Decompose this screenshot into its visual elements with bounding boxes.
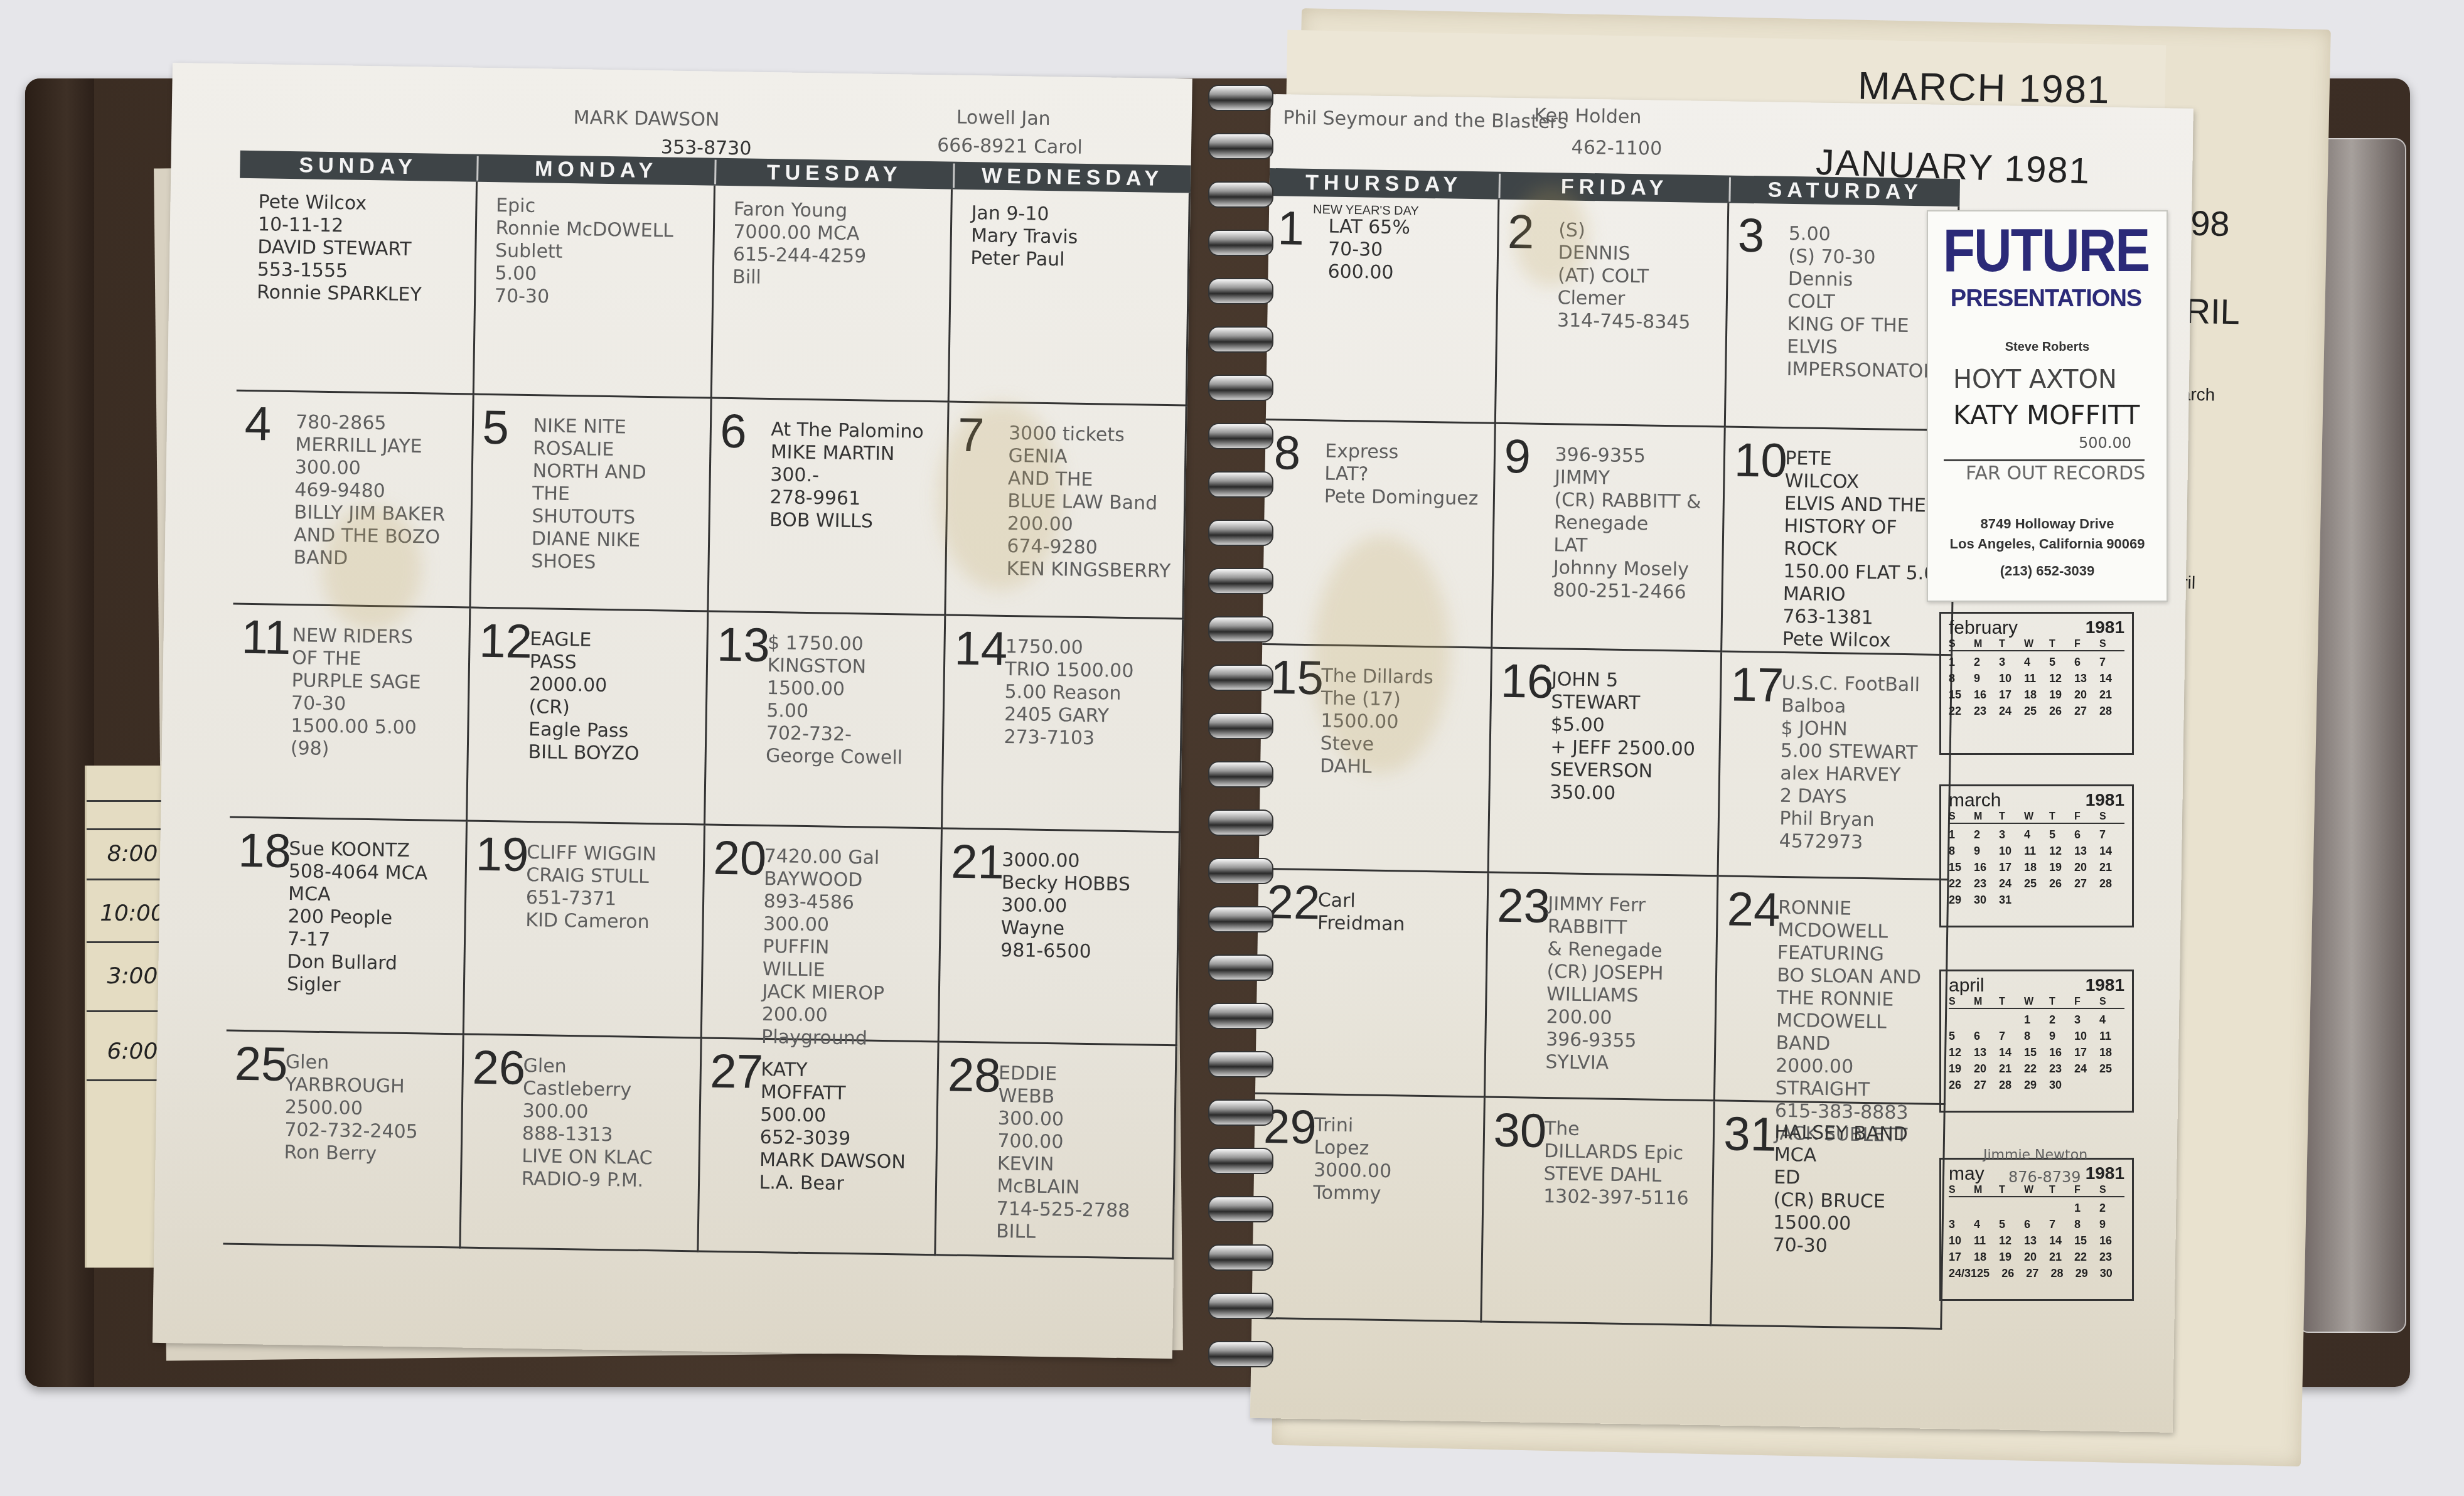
mini-date: 30 (2100, 1265, 2124, 1281)
mini-date: 26 (2049, 703, 2074, 719)
mini-date: 20 (1974, 1061, 1999, 1077)
spiral-binding (1208, 60, 1271, 1390)
margin-note: MARK DAWSON (573, 107, 719, 132)
day-number: 11 (241, 610, 291, 665)
day-number: 16 (1500, 654, 1554, 709)
day-number: 26 (472, 1040, 526, 1096)
mini-year: 1981 (2086, 790, 2124, 811)
mini-date: 23 (2049, 1061, 2074, 1077)
mini-date: 11 (2099, 1028, 2124, 1044)
mini-date: 20 (2074, 687, 2099, 703)
mini-date: 8 (1949, 670, 1974, 687)
day-number: 13 (716, 617, 770, 673)
day-number: 17 (1730, 658, 1784, 713)
mini-date: 26 (2049, 875, 2074, 892)
calendar-day-cell: 24RONNIE MCDOWELL FEATURING BO SLOAN AND… (1715, 877, 1949, 1105)
day-header-tuesday: TUESDAY (716, 159, 955, 188)
mini-dow: S (2099, 996, 2124, 1008)
mini-dow: F (2074, 811, 2099, 823)
calendar-day-cell: 12EAGLE PASS 2000.00 (CR) Eagle Pass BIL… (468, 609, 709, 826)
day-number: 23 (1497, 879, 1551, 934)
mini-date: 6 (2024, 1216, 2049, 1232)
day-header-thursday: THURSDAY (1269, 169, 1500, 198)
mini-date: 16 (2049, 1044, 2074, 1061)
mini-dow: S (1949, 1185, 1974, 1196)
mini-date: 25 (2099, 1061, 2124, 1077)
mini-dow: W (2024, 811, 2049, 823)
day-number: 24 (1727, 882, 1781, 938)
calendar-day-cell: 9396-9355 JIMMY (CR) RABBITT & Renegade … (1492, 424, 1726, 653)
mini-date: 30 (2049, 1077, 2074, 1093)
calendar-day-cell: 5NIKE NITE ROSALIE NORTH AND THE SHUTOUT… (471, 395, 712, 612)
mini-date: 4 (2024, 654, 2049, 670)
mini-calendar-march: march1981SMTWTFS123456789101112131415161… (1939, 784, 2134, 927)
handwritten-note: Sue KOONTZ 508-4064 MCA MCA 200 People 7… (287, 838, 428, 998)
mini-date: 10 (1999, 843, 2024, 859)
mini-dow: W (2024, 639, 2049, 650)
mini-date: 12 (1949, 1044, 1974, 1061)
mini-note: Jimmie Newton (1983, 1147, 2087, 1163)
mini-date: 5 (1999, 1216, 2024, 1232)
spiral-ring (1208, 1003, 1273, 1029)
spiral-ring (1208, 761, 1273, 788)
day-number: 19 (475, 827, 529, 882)
spiral-ring (1208, 1196, 1273, 1222)
mini-date: 10 (1999, 670, 2024, 687)
mini-date: 29 (1949, 892, 1974, 908)
mini-date: 15 (1949, 859, 1974, 875)
mini-month: february (1949, 617, 2018, 639)
mini-date: 11 (1974, 1232, 1999, 1249)
handwritten-note: $ 1750.00 KINGSTON 1500.00 5.00 702-732-… (766, 632, 904, 769)
mini-date: 24/31 (1949, 1265, 1977, 1281)
day-header-wednesday: WEDNESDAY (955, 163, 1191, 191)
day-number: 18 (238, 823, 292, 879)
mini-date: 28 (2099, 875, 2124, 892)
mini-date: 21 (2049, 1249, 2074, 1265)
handwritten-note: Glen Castleberry 300.00 888-1313 LIVE ON… (522, 1055, 655, 1192)
calendar-page-left: MARK DAWSON 353-8730 Lowell Jan 666-8921… (153, 63, 1192, 1359)
spiral-ring (1208, 1293, 1273, 1319)
spiral-ring (1208, 181, 1273, 208)
card-logo: FUTURE (1939, 220, 2153, 281)
spiral-ring (1208, 520, 1273, 546)
day-header-sunday: SUNDAY (240, 152, 478, 180)
mini-date: 24 (2074, 1061, 2099, 1077)
mini-date: 5 (2049, 826, 2074, 843)
calendar-day-cell: 30The DILLARDS Epic STEVE DAHL 1302-397-… (1482, 1098, 1715, 1327)
calendar-day-cell: 35.00 (S) 70-30 Dennis COLT KING OF THE … (1726, 203, 1959, 431)
mini-dow: T (2049, 811, 2074, 823)
day-number: 28 (947, 1048, 1001, 1103)
spiral-ring (1208, 1341, 1273, 1367)
mini-date (1974, 1200, 1999, 1216)
mini-date: 29 (2076, 1265, 2100, 1281)
spiral-ring (1208, 809, 1273, 836)
mini-date (2074, 892, 2099, 908)
day-header-monday: MONDAY (478, 156, 717, 184)
mini-calendar-february: february1981SMTWTFS123456789101112131415… (1939, 612, 2134, 755)
card-handwriting: FAR OUT RECORDS (1966, 462, 2145, 484)
mini-date: 3 (1949, 1216, 1974, 1232)
mini-date: 9 (2049, 1028, 2074, 1044)
mini-date: 3 (2074, 1012, 2099, 1028)
handwritten-note: The DILLARDS Epic STEVE DAHL 1302-397-51… (1543, 1118, 1690, 1210)
mini-dow: S (1949, 996, 1974, 1008)
handwritten-note: NIKE NITE ROSALIE NORTH AND THE SHUTOUTS… (531, 415, 710, 575)
calendar-day-cell: 1NEW YEAR'S DAYLAT 65% 70-30 600.00 (1266, 196, 1499, 424)
day-number: 5 (482, 400, 510, 456)
spiral-ring (1208, 1244, 1273, 1271)
mini-date: 5 (1949, 1028, 1974, 1044)
spiral-ring (1208, 906, 1273, 932)
handwritten-note: Epic Ronnie McDOWELL Sublett 5.00 70-30 (495, 195, 674, 310)
handwritten-note: Trini Lopez 3000.00 Tommy (1313, 1114, 1392, 1205)
spiral-ring (1208, 954, 1273, 981)
mini-date: 28 (2051, 1265, 2076, 1281)
mini-month: april (1949, 975, 1985, 996)
calendar-day-cell: 31HALSEY BAND MCA ED (CR) BRUCE 1500.00 … (1712, 1101, 1946, 1330)
mini-date: 26 (2001, 1265, 2026, 1281)
mini-date: 16 (2099, 1232, 2124, 1249)
mini-date: 21 (2099, 687, 2124, 703)
handwritten-note: U.S.C. FootBall Balboa $ JOHN 5.00 STEWA… (1779, 672, 1920, 855)
handwritten-note: CLIFF WIGGIN CRAIG STULL 651-7371 KID Ca… (525, 841, 656, 934)
calendar-day-cell: 25Glen YARBROUGH 2500.00 702-732-2405 Ro… (223, 1032, 464, 1249)
handwritten-note: 7420.00 Gal BAYWOOD 893-4586 300.00 PUFF… (761, 845, 887, 1050)
mini-dow: M (1974, 1185, 1999, 1196)
mini-date (1999, 1012, 2024, 1028)
mini-date: 8 (2024, 1028, 2049, 1044)
mini-date (2049, 892, 2074, 908)
mini-date: 25 (2024, 703, 2049, 719)
mini-date: 4 (2024, 826, 2049, 843)
calendar-day-cell: 213000.00 Becky HOBBS 300.00 Wayne 981-6… (940, 829, 1181, 1046)
card-phone: (213) 652-3039 (1928, 563, 2167, 579)
calendar-day-cell: 18Sue KOONTZ 508-4064 MCA MCA 200 People… (227, 818, 468, 1035)
mini-year: 1981 (2086, 617, 2124, 639)
mini-date (1949, 1012, 1974, 1028)
calendar-day-cell: 11NEW RIDERS OF THE PURPLE SAGE 70-30 15… (230, 605, 471, 822)
day-number: 30 (1493, 1103, 1547, 1158)
mini-date: 12 (2049, 843, 2074, 859)
handwritten-note: 396-9355 JIMMY (CR) RABBITT & Renegade L… (1553, 444, 1702, 604)
mini-date: 6 (2074, 654, 2099, 670)
mini-year: 1981 (2086, 975, 2124, 996)
mini-date: 3 (1999, 826, 2024, 843)
mini-date: 10 (1949, 1232, 1974, 1249)
calendar-day-cell: 6At The Palomino MIKE MARTIN 300.- 278-9… (709, 399, 950, 616)
mini-dow: T (2049, 639, 2074, 650)
mini-date: 19 (2049, 859, 2074, 875)
mini-date: 1 (2024, 1012, 2049, 1028)
calendar-day-cell: 141750.00 TRIO 1500.00 5.00 Reason 2405 … (943, 616, 1184, 833)
mini-date: 14 (2099, 843, 2124, 859)
mini-date: 7 (1999, 1028, 2024, 1044)
mini-date: 18 (2099, 1044, 2124, 1061)
card-handwriting: KATY MOFFITT (1953, 400, 2140, 430)
mini-date: 17 (2074, 1044, 2099, 1061)
mini-date: 20 (2024, 1249, 2049, 1265)
mini-date (1949, 1200, 1974, 1216)
day-number: 6 (720, 404, 747, 459)
mini-date: 20 (2074, 859, 2099, 875)
margin-note: Lowell Jan (956, 107, 1051, 131)
mini-date: 11 (2024, 843, 2049, 859)
mini-date: 2 (1974, 654, 1999, 670)
calendar-grid-left: Pete Wilcox 10-11-12 DAVID STEWART 553-1… (223, 178, 1191, 1260)
mini-dow: S (2099, 811, 2124, 823)
handwritten-note: At The Palomino MIKE MARTIN 300.- 278-99… (769, 419, 924, 534)
mini-month: may (1949, 1163, 1985, 1185)
mini-date (2099, 892, 2124, 908)
mini-date: 1 (2074, 1200, 2099, 1216)
handwritten-note: JIMMY Ferr RABBITT & Renegade (CR) JOSEP… (1545, 893, 1664, 1076)
handwritten-note: Carl Freidman (1317, 889, 1405, 936)
margin-note: Phil Seymour and the Blasters (1283, 107, 1567, 134)
mini-date (2049, 1200, 2074, 1216)
business-card: FUTURE PRESENTATIONS Steve Roberts HOYT … (1927, 210, 2168, 602)
mini-date: 14 (2099, 670, 2124, 687)
spiral-ring (1208, 616, 1273, 643)
margin-note: Ken Holden (1534, 105, 1641, 129)
calendar-day-cell: 16JOHN 5 STEWART $5.00 + JEFF 2500.00 SE… (1489, 649, 1722, 877)
mini-date (2074, 1077, 2099, 1093)
mini-date: 30 (1974, 892, 1999, 908)
mini-date: 21 (2099, 859, 2124, 875)
spiral-ring (1208, 1148, 1273, 1174)
mini-date: 13 (1974, 1044, 1999, 1061)
calendar-day-cell: 13$ 1750.00 KINGSTON 1500.00 5.00 702-73… (705, 612, 946, 830)
calendar-day-cell: 22Carl Freidman (1255, 870, 1489, 1098)
card-address: Los Angeles, California 90069 (1928, 536, 2167, 552)
mini-dow: T (1999, 639, 2024, 650)
mini-date: 7 (2099, 826, 2124, 843)
mini-date: 3 (1999, 654, 2024, 670)
handwritten-note: Pete Wilcox 10-11-12 DAVID STEWART 553-1… (257, 191, 423, 306)
calendar-day-cell: 17U.S.C. FootBall Balboa $ JOHN 5.00 STE… (1719, 652, 1952, 880)
mini-dow: T (1999, 996, 2024, 1008)
mini-date: 7 (2049, 1216, 2074, 1232)
card-name: Steve Roberts (1928, 340, 2167, 355)
mini-date: 2 (2049, 1012, 2074, 1028)
mini-date: 9 (1974, 843, 1999, 859)
mini-date: 13 (2074, 670, 2099, 687)
handwritten-note: Glen YARBROUGH 2500.00 702-732-2405 Ron … (284, 1051, 419, 1166)
mini-date: 23 (1974, 703, 1999, 719)
mini-month: march (1949, 790, 2001, 811)
calendar-day-cell: 23JIMMY Ferr RABBITT & Renegade (CR) JOS… (1486, 874, 1719, 1102)
mini-year: 1981 (2086, 1163, 2124, 1185)
mini-date: 16 (1974, 687, 1999, 703)
mini-date: 15 (2024, 1044, 2049, 1061)
mini-date: 10 (2074, 1028, 2099, 1044)
mini-date: 27 (2074, 703, 2099, 719)
calendar-day-cell: 28EDDIE WEBB 300.00 700.00 KEVIN McBLAIN… (936, 1042, 1177, 1259)
day-number: 27 (710, 1044, 764, 1099)
spiral-ring (1208, 1099, 1273, 1126)
mini-date: 17 (1999, 687, 2024, 703)
mini-dow: T (2049, 996, 2074, 1008)
day-number: 1 (1277, 201, 1305, 256)
mini-date: 22 (1949, 703, 1974, 719)
mini-date: 2 (1974, 826, 1999, 843)
calendar-day-cell: Epic Ronnie McDOWELL Sublett 5.00 70-30 (474, 182, 715, 399)
mini-dow: S (1949, 639, 1974, 650)
mini-date: 27 (2026, 1265, 2050, 1281)
mini-date: 4 (2099, 1012, 2124, 1028)
day-number: 31 (1723, 1107, 1777, 1162)
mini-date: 8 (1949, 843, 1974, 859)
mini-date: 17 (1999, 859, 2024, 875)
margin-note: 666-8921 Carol (937, 134, 1083, 159)
mini-date: 5 (2049, 654, 2074, 670)
mini-dow: S (2099, 639, 2124, 650)
mini-date: 14 (1999, 1044, 2024, 1061)
spiral-ring (1208, 1051, 1273, 1077)
mini-dow: F (2074, 639, 2099, 650)
mini-date: 12 (1999, 1232, 2024, 1249)
mini-date: 28 (1999, 1077, 2024, 1093)
spiral-ring (1208, 133, 1273, 159)
mini-date: 11 (2024, 670, 2049, 687)
mini-date: 13 (2074, 843, 2099, 859)
mini-date: 27 (1974, 1077, 1999, 1093)
spiral-ring (1208, 375, 1273, 401)
mini-date (1974, 1012, 1999, 1028)
mini-date: 6 (2074, 826, 2099, 843)
calendar-day-cell: Faron Young 7000.00 MCA 615-244-4259 Bil… (712, 186, 953, 403)
calendar-day-cell: 26Glen Castleberry 300.00 888-1313 LIVE … (461, 1035, 702, 1252)
mini-date: 19 (2049, 687, 2074, 703)
mini-date: 17 (1949, 1249, 1974, 1265)
mini-date: 18 (1974, 1249, 1999, 1265)
mini-date: 9 (1974, 670, 1999, 687)
day-number: 3 (1737, 208, 1765, 264)
card-rule (1944, 459, 2145, 461)
mini-date (2099, 1077, 2124, 1093)
spiral-ring (1208, 85, 1273, 111)
handwritten-note: HALSEY BAND MCA ED (CR) BRUCE 1500.00 70… (1772, 1121, 1943, 1259)
calendar-day-cell: 10PETE WILCOX ELVIS AND THE HISTORY OF R… (1722, 427, 1956, 656)
mini-date: 6 (1974, 1028, 1999, 1044)
mini-date: 7 (2099, 654, 2124, 670)
handwritten-note: 1750.00 TRIO 1500.00 5.00 Reason 2405 GA… (1004, 636, 1134, 751)
mini-date: 14 (2049, 1232, 2074, 1249)
handwritten-note: JOHN 5 STEWART $5.00 + JEFF 2500.00 SEVE… (1550, 668, 1696, 806)
day-number: 25 (234, 1037, 288, 1092)
mini-dow: S (1949, 811, 1974, 823)
mini-date: 22 (2074, 1249, 2099, 1265)
mini-date: 19 (1999, 1249, 2024, 1265)
card-handwriting: 500.00 (2079, 434, 2131, 452)
day-number: 4 (244, 397, 272, 452)
mini-date (2024, 892, 2049, 908)
mini-dow: W (2024, 996, 2049, 1008)
calendar-day-cell: 19CLIFF WIGGIN CRAIG STULL 651-7371 KID … (464, 822, 705, 1039)
card-logo-subtitle: PRESENTATIONS (1939, 286, 2153, 313)
calendar-day-cell: 207420.00 Gal BAYWOOD 893-4586 300.00 PU… (702, 825, 943, 1042)
handwritten-note: EAGLE PASS 2000.00 (CR) Eagle Pass BILL … (528, 628, 641, 766)
mini-date: 24 (1999, 875, 2024, 892)
mini-date: 15 (1949, 687, 1974, 703)
mini-date: 22 (1949, 875, 1974, 892)
mini-date: 12 (2049, 670, 2074, 687)
spiral-ring (1208, 568, 1273, 594)
mini-date: 18 (2024, 687, 2049, 703)
mini-date: 4 (1974, 1216, 1999, 1232)
spiral-ring (1208, 278, 1273, 304)
mini-date: 8 (2074, 1216, 2099, 1232)
mini-date: 1 (1949, 826, 1974, 843)
mini-date: 25 (2024, 875, 2049, 892)
handwritten-note: 3000.00 Becky HOBBS 300.00 Wayne 981-650… (1000, 849, 1131, 964)
handwritten-note: KATY MOFFATT 500.00 652-3039 MARK DAWSON… (759, 1059, 907, 1197)
mini-date: 18 (2024, 859, 2049, 875)
handwritten-note: LAT 65% 70-30 600.00 (1327, 215, 1410, 284)
mini-date (1999, 1200, 2024, 1216)
mini-date: 28 (2099, 703, 2124, 719)
handwritten-note: Faron Young 7000.00 MCA 615-244-4259 Bil… (732, 198, 867, 291)
spiral-ring (1208, 665, 1273, 691)
mini-date: 9 (2099, 1216, 2124, 1232)
mini-dow: T (1999, 811, 2024, 823)
spiral-ring (1208, 858, 1273, 884)
spiral-ring (1208, 230, 1273, 256)
handwritten-note: Express LAT? Pete Dominguez (1324, 440, 1479, 510)
day-number: 20 (713, 831, 767, 886)
card-address: 8749 Holloway Drive (1928, 516, 2167, 532)
spiral-ring (1208, 713, 1273, 739)
day-number: 10 (1734, 433, 1788, 488)
spiral-ring (1208, 423, 1273, 449)
spiral-ring (1208, 471, 1273, 498)
calendar-day-cell: Jan 9-10 Mary Travis Peter Paul (950, 190, 1191, 407)
day-number: 14 (954, 621, 1008, 676)
mini-date: 21 (1999, 1061, 2024, 1077)
calendar-day-cell: 27KATY MOFFATT 500.00 652-3039 MARK DAWS… (699, 1039, 940, 1256)
mini-date: 22 (2024, 1061, 2049, 1077)
mini-date: 2 (2099, 1200, 2124, 1216)
mini-date: 25 (1977, 1265, 2001, 1281)
mini-date: 24 (1999, 703, 2024, 719)
mini-dow: M (1974, 996, 1999, 1008)
mini-date: 16 (1974, 859, 1999, 875)
mini-dow: S (2099, 1185, 2124, 1196)
mini-date: 29 (2024, 1077, 2049, 1093)
day-number: 9 (1504, 429, 1531, 484)
card-handwriting: HOYT AXTON (1953, 365, 2117, 394)
mini-date: 23 (1974, 875, 1999, 892)
day-header-saturday: SATURDAY (1731, 177, 1960, 205)
mini-dow: M (1974, 639, 1999, 650)
handwritten-note: NEW RIDERS OF THE PURPLE SAGE 70-30 1500… (291, 624, 422, 762)
binder-spine (25, 78, 94, 1387)
handwritten-note: EDDIE WEBB 300.00 700.00 KEVIN McBLAIN 7… (996, 1062, 1132, 1245)
day-number: 22 (1267, 875, 1320, 930)
spiral-ring (1208, 326, 1273, 353)
mini-calendar-april: april1981SMTWTFS123456789101112131415161… (1939, 970, 2134, 1113)
mini-date (2024, 1200, 2049, 1216)
mini-date: 15 (2074, 1232, 2099, 1249)
mini-dow: M (1974, 811, 1999, 823)
mini-date: 23 (2099, 1249, 2124, 1265)
mini-date: 31 (1999, 892, 2024, 908)
mini-date: 1 (1949, 654, 1974, 670)
day-number: 21 (951, 835, 1005, 890)
mini-date: 19 (1949, 1061, 1974, 1077)
handwritten-note: Jan 9-10 Mary Travis Peter Paul (970, 202, 1078, 272)
